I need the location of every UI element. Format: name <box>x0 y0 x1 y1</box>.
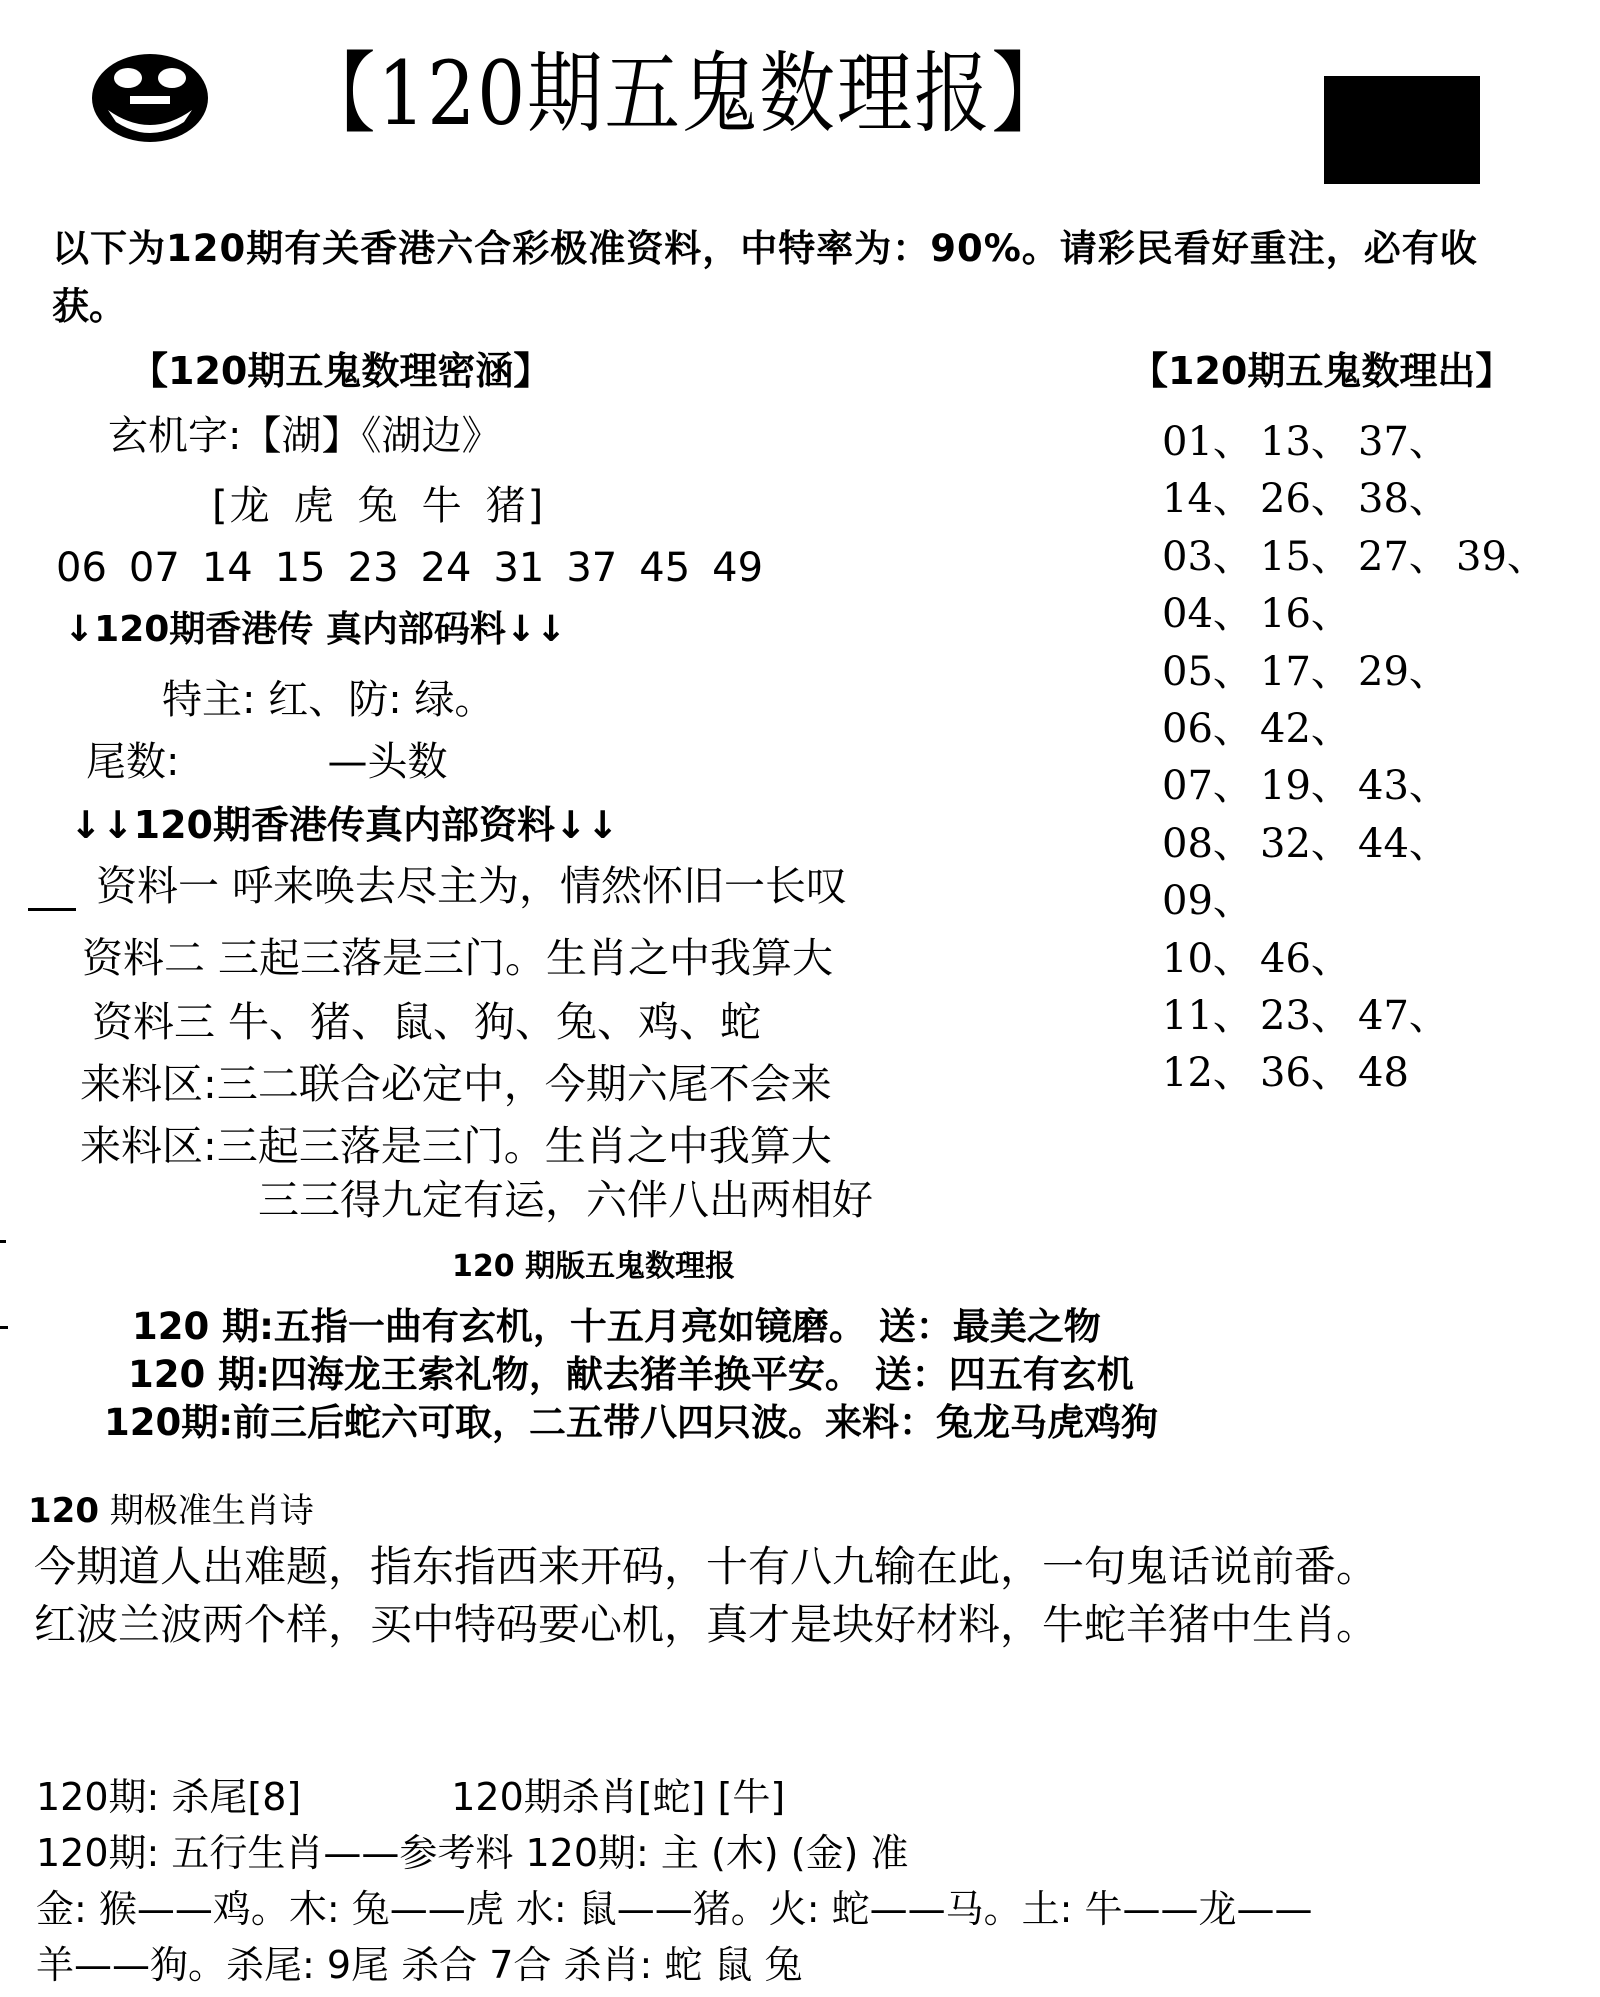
zodiac-item: 兔 <box>358 483 400 529</box>
toushu-text: —头数 <box>327 739 447 785</box>
number-cell: 27、 <box>1358 529 1456 586</box>
page-title: 【120期五鬼数理报】 <box>300 50 1069 138</box>
number-cell: 42、 <box>1260 701 1358 758</box>
wuxing-map: 金: 猴——鸡。木: 兔——虎 水: 鼠——猪。火: 蛇——马。土: 牛——龙—… <box>36 1890 1313 1928</box>
inner-info-title: ↓↓120期香港传真内部资料↓↓ <box>70 806 619 844</box>
number-cell: 11、 <box>1162 988 1260 1045</box>
zodiac-item: 虎 <box>294 483 336 529</box>
number-cell: 39、 <box>1456 529 1554 586</box>
number-row: 08、32、44、 <box>1162 816 1554 873</box>
number-row: 05、17、29、 <box>1162 644 1554 701</box>
inner-code-title: ↓120期香港传 真内部码料↓↓ <box>64 612 566 648</box>
number-cell: 36、 <box>1260 1045 1358 1102</box>
number-item: 14 <box>202 545 253 591</box>
number-cell: 29、 <box>1358 644 1456 701</box>
center-title: 120 期版五鬼数理报 <box>452 1252 735 1282</box>
number-item: 15 <box>275 545 326 591</box>
number-row: 11、23、47、 <box>1162 988 1554 1045</box>
number-cell: 44、 <box>1358 816 1456 873</box>
number-cell: 14、 <box>1162 471 1260 528</box>
weishu-label: 尾数: <box>86 739 179 785</box>
number-cell: 06、 <box>1162 701 1260 758</box>
number-cell: 13、 <box>1260 414 1358 471</box>
stray-mark <box>0 1326 8 1329</box>
kill-zodiac: 120期杀肖[蛇] [牛] <box>451 1775 785 1819</box>
divider-mark <box>28 908 76 911</box>
number-cell: 12、 <box>1162 1045 1260 1102</box>
intro-line-2: 获。 <box>52 288 126 325</box>
zodiac-item: [龙 <box>212 483 272 529</box>
number-cell: 26、 <box>1260 471 1358 528</box>
poem-line-1: 今期道人出难题，指东指西来开码，十有八九输在此，一句鬼话说前番。 <box>34 1546 1378 1588</box>
left-section-title: 【120期五鬼数理密涵】 <box>130 352 551 390</box>
poem-title-number: 120 <box>28 1491 99 1531</box>
number-row: 09、 <box>1162 873 1554 930</box>
number-row: 03、15、27、39、 <box>1162 529 1554 586</box>
number-cell: 16、 <box>1260 586 1358 643</box>
last-line: 羊——狗。杀尾: 9尾 杀合 7合 杀肖: 蛇 鼠 兔 <box>36 1946 803 1984</box>
number-cell: 09、 <box>1162 873 1260 930</box>
number-cell: 19、 <box>1260 758 1358 815</box>
number-row: 06、42、 <box>1162 701 1554 758</box>
number-item: 23 <box>348 545 399 591</box>
zodiac-item: 猪] <box>486 483 546 529</box>
poem-title: 120 期极准生肖诗 <box>28 1494 314 1528</box>
number-cell: 08、 <box>1162 816 1260 873</box>
number-cell: 23、 <box>1260 988 1358 1045</box>
number-item: 31 <box>493 545 544 591</box>
tezhu-text: 特主: 红、防: 绿。 <box>162 680 494 720</box>
number-cell: 04、 <box>1162 586 1260 643</box>
number-item: 06 <box>56 545 107 591</box>
number-cell: 32、 <box>1260 816 1358 873</box>
number-cell: 07、 <box>1162 758 1260 815</box>
number-cell: 37、 <box>1358 414 1456 471</box>
number-cell: 01、 <box>1162 414 1260 471</box>
number-grid: 01、13、37、 14、26、38、 03、15、27、39、 04、16、 … <box>1162 414 1554 1103</box>
ziliao-2: 资料二 三起三落是三门。生肖之中我算大 <box>82 938 833 979</box>
lailiao-3: 三三得九定有运，六伴八出两相好 <box>258 1180 873 1221</box>
number-row: 01、13、37、 <box>1162 414 1554 471</box>
lailiao-1: 来料区:三二联合必定中，今期六尾不会来 <box>80 1064 832 1105</box>
period-line-3: 120期:前三后蛇六可取，二五带八四只波。来料：兔龙马虎鸡狗 <box>104 1404 1158 1441</box>
right-section-title: 【120期五鬼数理出】 <box>1130 352 1513 390</box>
number-item: 07 <box>129 545 180 591</box>
number-cell: 10、 <box>1162 931 1260 988</box>
number-cell: 48 <box>1358 1045 1456 1102</box>
xuanji-text: 玄机字:【湖】《湖边》 <box>108 416 501 456</box>
intro-line-1: 以下为120期有关香港六合彩极准资料，中特率为：90%。请彩民看好重注，必有收 <box>52 230 1478 267</box>
stray-mark <box>0 1240 6 1243</box>
number-cell: 03、 <box>1162 529 1260 586</box>
number-cell: 38、 <box>1358 471 1456 528</box>
number-cell: 17、 <box>1260 644 1358 701</box>
number-row: 04、16、 <box>1162 586 1554 643</box>
number-cell: 05、 <box>1162 644 1260 701</box>
number-list: 06071415232431374549 <box>56 548 785 588</box>
kill-row: 120期: 杀尾[8]120期杀肖[蛇] [牛] <box>36 1778 785 1816</box>
poem-title-text: 期极准生肖诗 <box>110 1491 314 1531</box>
number-cell: 47、 <box>1358 988 1456 1045</box>
wuxing-ref: 120期: 五行生肖——参考料 120期: 主 (木) (金) 准 <box>36 1834 908 1872</box>
period-line-1: 120 期:五指一曲有玄机，十五月亮如镜磨。 送：最美之物 <box>132 1308 1101 1345</box>
zodiac-item: 牛 <box>422 483 464 529</box>
number-item: 37 <box>566 545 617 591</box>
zodiac-list: [龙虎兔牛猪] <box>212 486 567 526</box>
weishu-row: 尾数:—头数 <box>86 742 447 782</box>
number-row: 12、36、48 <box>1162 1045 1554 1102</box>
number-cell: 46、 <box>1260 931 1358 988</box>
number-cell: 15、 <box>1260 529 1358 586</box>
number-cell: 43、 <box>1358 758 1456 815</box>
period-line-2: 120 期:四海龙王索礼物，献去猪羊换平安。 送：四五有玄机 <box>128 1356 1134 1393</box>
number-row: 10、46、 <box>1162 931 1554 988</box>
kill-tail: 120期: 杀尾[8] <box>36 1775 301 1819</box>
number-item: 45 <box>639 545 690 591</box>
ziliao-3: 资料三 牛、猪、鼠、狗、兔、鸡、蛇 <box>92 1002 761 1043</box>
number-row: 14、26、38、 <box>1162 471 1554 528</box>
redaction-box <box>1324 76 1480 184</box>
number-row: 07、19、43、 <box>1162 758 1554 815</box>
ziliao-1: 资料一 呼来唤去尽主为，情然怀旧一长叹 <box>96 866 847 907</box>
number-item: 49 <box>712 545 763 591</box>
poem-line-2: 红波兰波两个样，买中特码要心机，真才是块好材料，牛蛇羊猪中生肖。 <box>34 1604 1378 1646</box>
skull-face-icon <box>80 48 220 148</box>
lailiao-2: 来料区:三起三落是三门。生肖之中我算大 <box>80 1126 832 1167</box>
number-item: 24 <box>421 545 472 591</box>
